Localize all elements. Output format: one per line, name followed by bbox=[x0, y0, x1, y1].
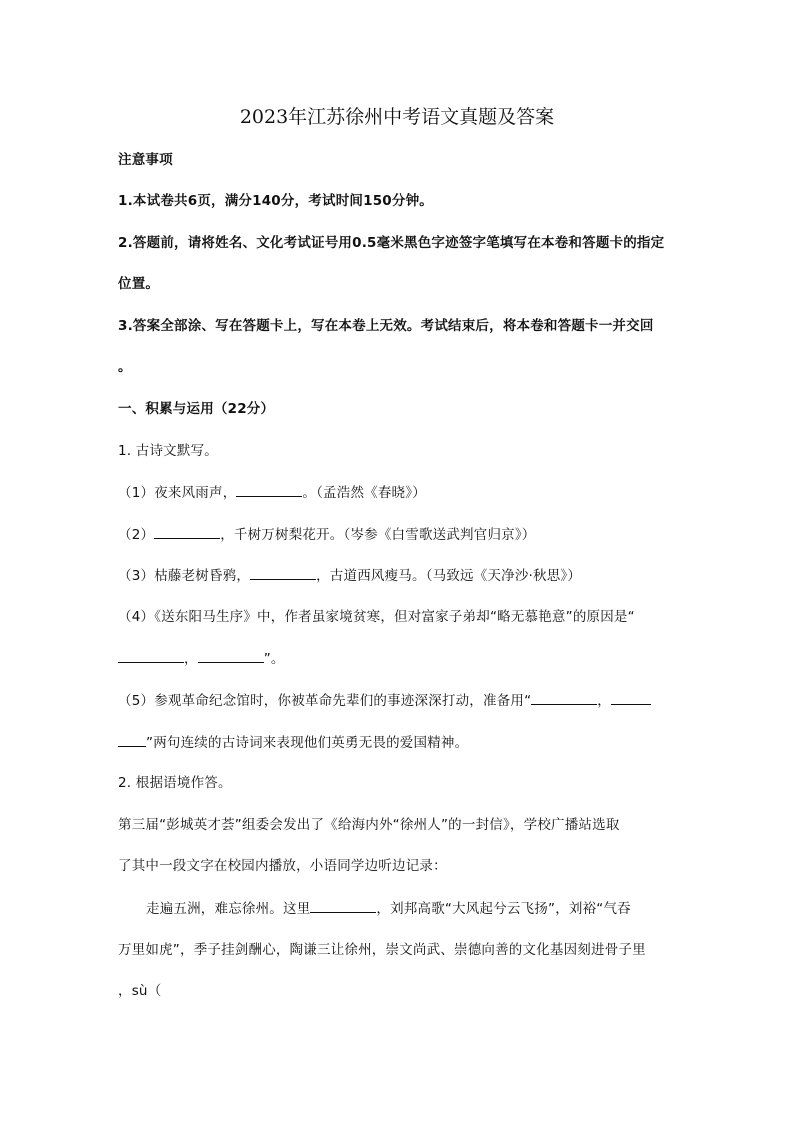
answer-blank bbox=[118, 648, 184, 663]
question-1-part-2: （2），千树万树梨花开。（岑参《白雪歌送武判官归京》） bbox=[118, 524, 678, 545]
passage-line-3: ，sù（ bbox=[118, 981, 678, 1001]
answer-blank bbox=[531, 690, 597, 705]
question-2-intro-line-2: 了其中一段文字在校园内播放，小语同学边听边记录： bbox=[118, 856, 678, 876]
part-3-suffix: ，古道西风瘦马。（马致远《天净沙·秋思》） bbox=[316, 568, 581, 584]
answer-blank bbox=[310, 898, 376, 913]
question-1-part-3: （3）枯藤老树昏鸦，，古道西风瘦马。（马致远《天净沙·秋思》） bbox=[118, 565, 678, 586]
passage-line-1-prefix: 走遍五洲，难忘徐州。这里 bbox=[146, 901, 310, 917]
document-page: 2023年江苏徐州中考语文真题及答案 注意事项 1.本试卷共6页，满分140分，… bbox=[0, 0, 794, 1123]
part-4-separator: ， bbox=[184, 651, 198, 667]
answer-blank bbox=[236, 482, 302, 497]
notice-item-3-line-1: 3.答案全部涂、写在答题卡上，写在本卷上无效。考试结束后，将本卷和答题卡一并交回 bbox=[118, 316, 678, 336]
part-2-prefix: （2） bbox=[118, 527, 154, 543]
question-2-stem: 2. 根据语境作答。 bbox=[118, 773, 678, 793]
part-5-suffix: ”两句连续的古诗词来表现他们英勇无畏的爱国精神。 bbox=[146, 735, 468, 751]
part-5-separator: ， bbox=[597, 693, 611, 709]
passage-line-1-suffix: ，刘邦高歌“大风起兮云飞扬”，刘裕“气吞 bbox=[376, 901, 630, 917]
notice-item-2-line-1: 2.答题前，请将姓名、文化考试证号用0.5毫米黑色字迹签字笔填写在本卷和答题卡的… bbox=[118, 233, 678, 253]
page-title: 2023年江苏徐州中考语文真题及答案 bbox=[0, 103, 794, 131]
notice-heading: 注意事项 bbox=[118, 150, 678, 170]
question-1-part-5-line-1: （5）参观革命纪念馆时，你被革命先辈们的事迹深深打动，准备用“， bbox=[118, 690, 678, 711]
passage-line-2: 万里如虎”，季子挂剑酬心，陶谦三让徐州，崇文尚武、崇德向善的文化基因刻进骨子里 bbox=[118, 940, 678, 960]
answer-blank bbox=[611, 690, 651, 705]
part-4-end: ”。 bbox=[264, 651, 285, 667]
notice-item-1: 1.本试卷共6页，满分140分，考试时间150分钟。 bbox=[118, 191, 678, 211]
answer-blank bbox=[154, 524, 220, 539]
answer-blank bbox=[118, 732, 146, 747]
answer-blank bbox=[250, 565, 316, 580]
part-1-prefix: （1）夜来风雨声， bbox=[118, 485, 236, 501]
notice-item-3-line-2: 。 bbox=[118, 357, 678, 377]
part-2-suffix: ，千树万树梨花开。（岑参《白雪歌送武判官归京》） bbox=[220, 527, 535, 543]
question-1-part-1: （1）夜来风雨声，。（孟浩然《春晓》） bbox=[118, 482, 678, 503]
question-1-stem: 1. 古诗文默写。 bbox=[118, 441, 678, 461]
part-1-suffix: 。（孟浩然《春晓》） bbox=[302, 485, 426, 501]
question-1-part-4-line-2: ，”。 bbox=[118, 648, 678, 669]
question-2-intro-line-1: 第三届“彭城英才荟”组委会发出了《给海内外“徐州人”的一封信》，学校广播站选取 bbox=[118, 815, 678, 835]
question-1-part-4-line-1: （4）《送东阳马生序》中，作者虽家境贫寒，但对富家子弟却“略无慕艳意”的原因是“ bbox=[118, 607, 678, 627]
part-5-prefix: （5）参观革命纪念馆时，你被革命先辈们的事迹深深打动，准备用“ bbox=[118, 693, 531, 709]
section-1-heading: 一、积累与运用（22分） bbox=[118, 399, 678, 419]
passage-line-1: 走遍五洲，难忘徐州。这里，刘邦高歌“大风起兮云飞扬”，刘裕“气吞 bbox=[118, 898, 706, 919]
notice-item-2-line-2: 位置。 bbox=[118, 274, 678, 294]
answer-blank bbox=[198, 648, 264, 663]
question-1-part-5-line-2: ”两句连续的古诗词来表现他们英勇无畏的爱国精神。 bbox=[118, 732, 678, 753]
part-3-prefix: （3）枯藤老树昏鸦， bbox=[118, 568, 250, 584]
